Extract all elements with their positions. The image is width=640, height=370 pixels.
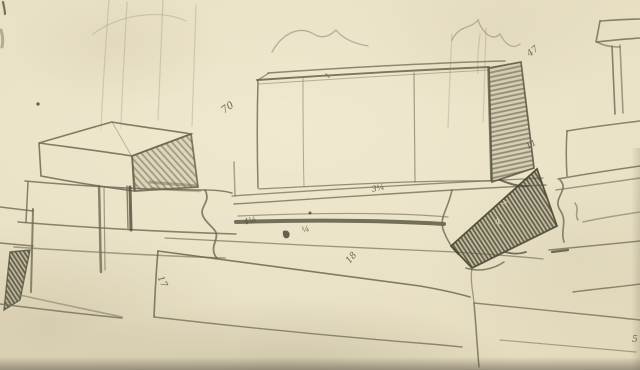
left-pedestal [14,162,236,272]
left-corner-step [0,207,122,318]
ghost-strokes [93,0,486,130]
foreground-blocks [154,251,640,367]
left-cube [39,122,198,191]
pencil-sketch-drawing [0,0,640,370]
right-pedestal [549,121,640,292]
top-squiggle-strokes [272,20,520,52]
cornice-fragment [596,19,640,114]
paper-flecks [1,2,312,238]
central-box [257,61,534,189]
sketch-scan: 70 47 11 4½ ¼ 3¼ 17 18 5 + 4 [0,0,640,370]
